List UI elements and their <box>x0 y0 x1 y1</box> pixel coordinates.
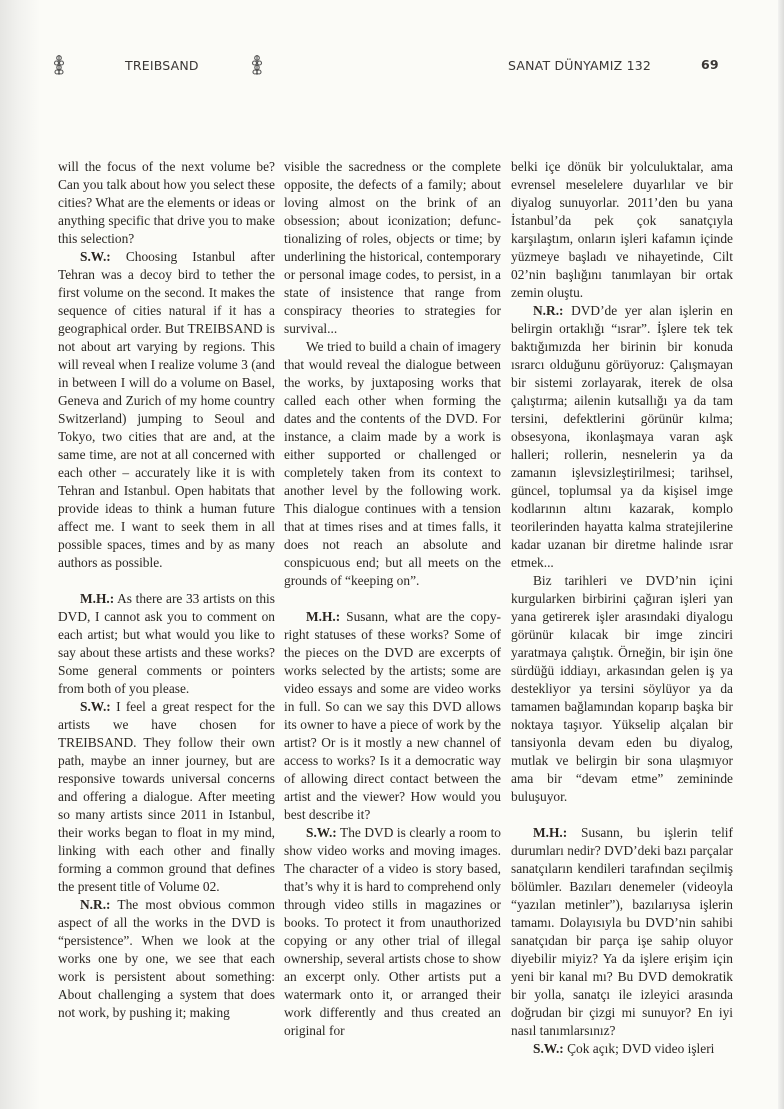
page-edge <box>778 0 784 1109</box>
page-binding-shadow <box>0 0 40 1109</box>
paragraph: S.W.: Çok açık; DVD video işleri <box>511 1040 733 1058</box>
paragraph-text: Choosing Istanbul after Tehran was a dec… <box>58 249 275 570</box>
running-title: TREIBSAND <box>125 58 199 73</box>
paragraph-text: Biz tarihleri ve DVD’nin içini kurgulark… <box>511 573 733 804</box>
paragraph: M.H.: Susann, what are the copy­right st… <box>284 608 501 824</box>
speaker-label: S.W.: <box>306 825 337 840</box>
paragraph-text: I feel a great respect for the artists w… <box>58 699 275 894</box>
paragraph-text: Susann, what are the copy­right statuses… <box>284 609 501 822</box>
paragraph-text: DVD’de yer alan işlerin en belirgin orta… <box>511 303 733 570</box>
paragraph: M.H.: Susann, bu işlerin telif durumları… <box>511 824 733 1040</box>
paragraph-text: belki içe dönük bir yolculuktalar, ama e… <box>511 159 733 300</box>
text-column-2: visible the sacredness or the comp­lete … <box>284 158 501 1040</box>
speaker-label: S.W.: <box>533 1041 564 1056</box>
speaker-label: M.H.: <box>533 825 567 840</box>
paragraph: N.R.: The most obvious common aspect of … <box>58 896 275 1022</box>
paragraph: We tried to build a chain of imagery tha… <box>284 338 501 590</box>
paragraph: M.H.: As there are 33 artists on this DV… <box>58 590 275 698</box>
speaker-label: N.R.: <box>533 303 564 318</box>
paragraph: N.R.: DVD’de yer alan işlerin en belirgi… <box>511 302 733 572</box>
paragraph-text: Susann, bu işlerin telif durumları nedir… <box>511 825 733 1038</box>
text-column-3: belki içe dönük bir yolculuktalar, ama e… <box>511 158 733 1058</box>
paragraph: will the focus of the next volume be? Ca… <box>58 158 275 248</box>
paragraph-text: The DVD is clearly a room to show video … <box>284 825 501 1038</box>
speaker-label: M.H.: <box>306 609 340 624</box>
floral-ornament-icon <box>52 54 66 76</box>
paragraph: belki içe dönük bir yolculuktalar, ama e… <box>511 158 733 302</box>
paragraph-text: will the focus of the next volume be? Ca… <box>58 159 275 246</box>
speaker-label: N.R.: <box>80 897 111 912</box>
page-number: 69 <box>701 57 719 72</box>
paragraph-text: visible the sacredness or the comp­lete … <box>284 159 501 336</box>
speaker-label: S.W.: <box>80 249 111 264</box>
paragraph: visible the sacredness or the comp­lete … <box>284 158 501 338</box>
paragraph-text: Çok açık; DVD video işleri <box>564 1041 715 1056</box>
speaker-label: M.H.: <box>80 591 114 606</box>
paragraph-text: We tried to build a chain of imagery tha… <box>284 339 501 588</box>
magazine-title: SANAT DÜNYAMIZ 132 <box>508 58 651 73</box>
page-header: TREIBSAND SANAT DÜNYAMIZ 132 69 <box>0 52 784 78</box>
paragraph: S.W.: Choosing Istanbul after Tehran was… <box>58 248 275 572</box>
paragraph-text: As there are 33 artists on this DVD, I c… <box>58 591 275 696</box>
paragraph: S.W.: The DVD is clearly a room to show … <box>284 824 501 1040</box>
speaker-label: S.W.: <box>80 699 111 714</box>
floral-ornament-icon <box>250 54 264 76</box>
paragraph: S.W.: I feel a great respect for the art… <box>58 698 275 896</box>
paragraph: Biz tarihleri ve DVD’nin içini kurgulark… <box>511 572 733 806</box>
paragraph-text: The most obvious common aspect of all th… <box>58 897 275 1020</box>
text-column-1: will the focus of the next volume be? Ca… <box>58 158 275 1022</box>
